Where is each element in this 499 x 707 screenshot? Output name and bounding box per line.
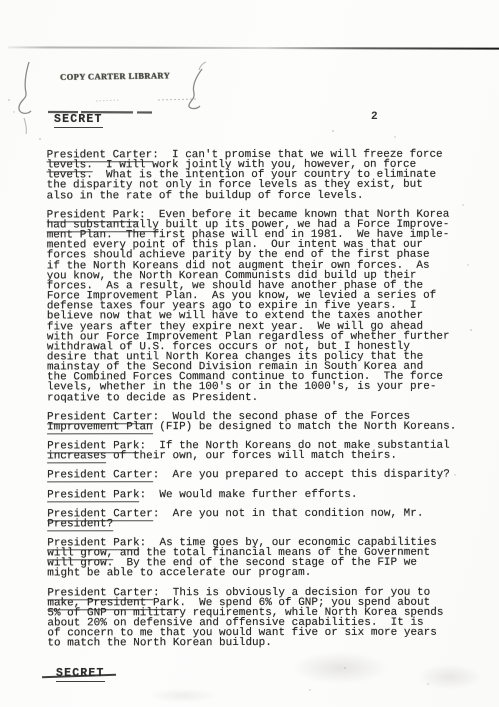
transcript-line: Improvement Plan (FIP) be designed to ma… (47, 422, 477, 433)
left-curl-tail-artifact (24, 118, 26, 134)
transcript-line: President Park: We would make further ef… (47, 489, 477, 500)
transcript-line: increases of their own, our forces will … (47, 451, 477, 462)
text: : We would make further efforts. (140, 488, 358, 500)
text: (FIP) be designed to match the North Kor… (153, 421, 457, 434)
transcript-paragraph: President Park: We would make further ef… (47, 489, 477, 500)
transcript-line: might be able to accelerate our program. (47, 568, 477, 579)
scanned-document-page: COPY CARTER LIBRARY SECRET 2 President C… (0, 0, 499, 707)
transcript-paragraph: President Carter: I can't promise that w… (47, 150, 477, 202)
text: of their own, our forces will match thei… (107, 450, 397, 463)
transcript-line: President Carter: Are you prepared to ac… (47, 470, 477, 481)
transcript-paragraph: President Park: Even before it became kn… (47, 209, 477, 403)
underlined-text: Improvement Plan (47, 421, 153, 434)
transcript-line: also in the rate of the buildup of force… (47, 190, 477, 201)
stamp-dots (96, 100, 120, 101)
classification-marking-top: SECRET (54, 113, 103, 128)
left-curl-artifact (19, 62, 31, 113)
page-number: 2 (371, 111, 378, 123)
text: : Are you not in that condition now, Mr. (153, 507, 424, 519)
carter-library-copy-stamp: COPY CARTER LIBRARY (60, 70, 170, 82)
underlined-text: President Park (47, 489, 139, 502)
underlined-text: increases (47, 450, 106, 463)
text: : Are you prepared to accept this dispar… (153, 469, 450, 482)
scan-smudge (148, 688, 218, 703)
stamp-underline-faint (158, 99, 196, 100)
transcript-line: to match the North Korean buildup. (47, 638, 477, 649)
underlined-text: President? (47, 518, 113, 531)
transcript-paragraph: President Carter: Are you prepared to ac… (47, 470, 477, 481)
text: might be able to accelerate our program. (47, 567, 311, 579)
memcon-transcript: President Carter: I can't promise that w… (47, 150, 478, 658)
text: to match the North Korean buildup. (47, 637, 271, 649)
scan-edge-line (8, 46, 499, 49)
transcript-paragraph: President Park: As time goes by, our eco… (47, 538, 477, 579)
right-hook-tip-artifact (199, 62, 206, 70)
right-hook-artifact (189, 69, 202, 109)
transcript-paragraph: President Carter: Would the second phase… (47, 411, 477, 432)
transcript-paragraph: President Park: If the North Koreans do … (47, 441, 477, 462)
scan-smudge (418, 664, 482, 690)
underlined-text: President Carter (47, 470, 153, 483)
text: roqative to decide as President. (47, 392, 258, 404)
transcript-paragraph: President Carter: This is obviously a de… (47, 587, 477, 649)
transcript-line: President? (47, 518, 477, 529)
text: also in the rate of the buildup of force… (47, 189, 364, 202)
transcript-line: roqative to decide as President. (47, 392, 477, 403)
transcript-paragraph: President Carter: Are you not in that co… (47, 508, 477, 529)
